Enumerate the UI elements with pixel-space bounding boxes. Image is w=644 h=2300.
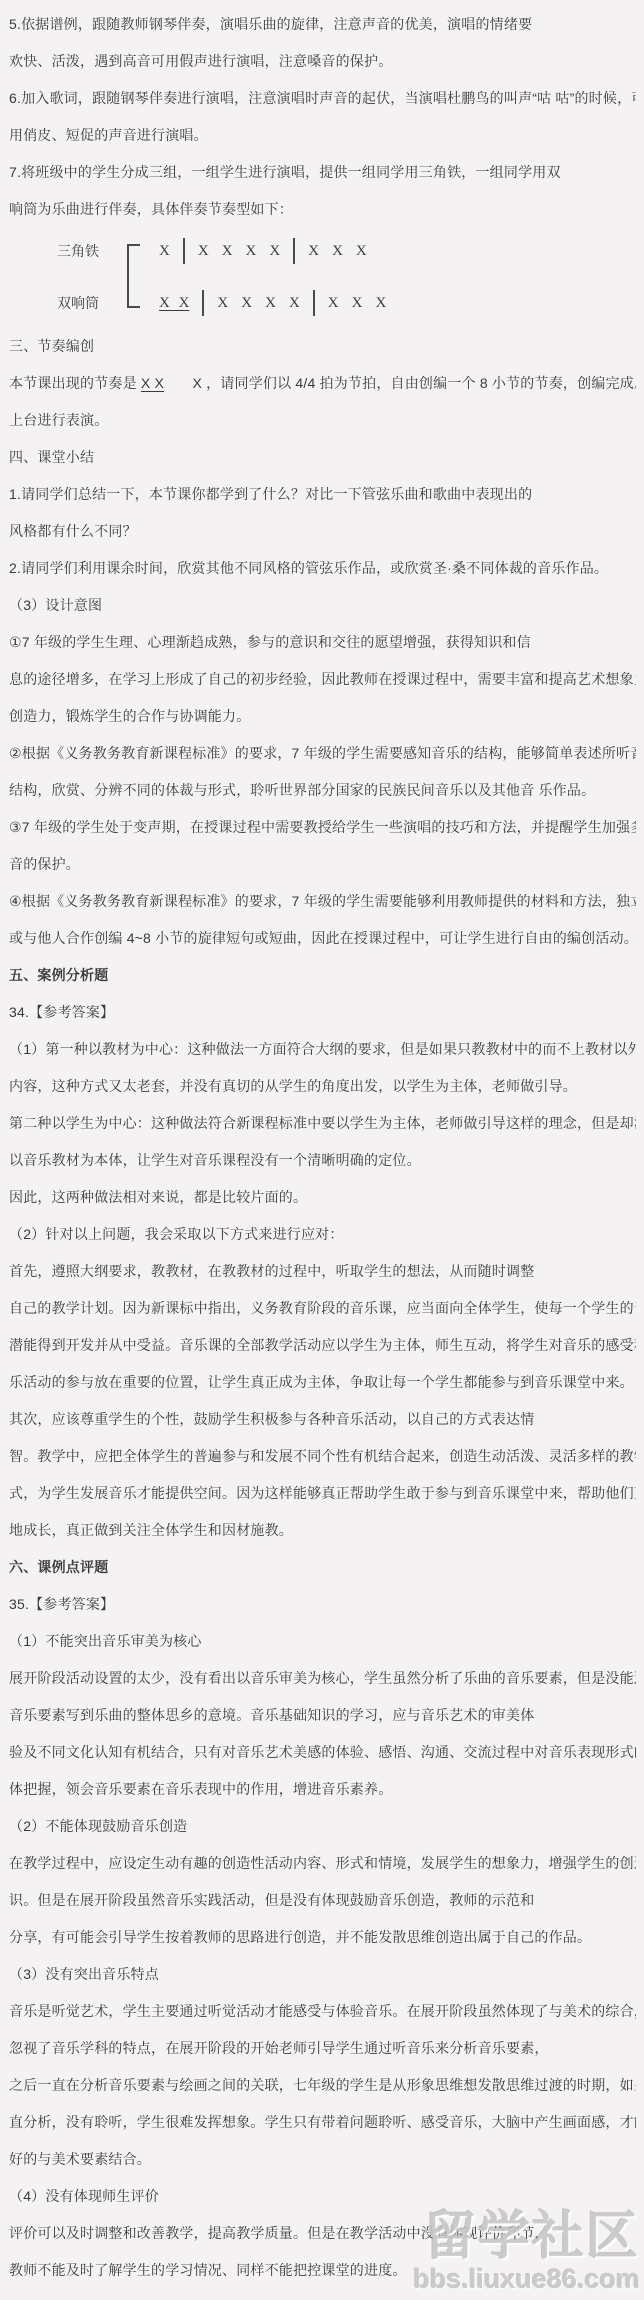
text-segment: 5.依据谱例，跟随教师钢琴伴奏，演唱乐曲的旋律，注意声音的优美，演唱的情绪要 [9,16,532,32]
rhythm-beat: X [375,295,386,312]
document-line: （3）设计意图 [9,587,636,624]
text-segment: （1）不能突出音乐审美为核心 [9,1633,202,1649]
text-segment: 6.加入歌词，跟随钢琴伴奏进行演唱，注意演唱时声音的起伏，当演唱杜鹏鸟的叫声“咕… [9,90,636,106]
text-segment: 结构，欣赏、分辨不同的体裁与形式，聆听世界部分国家的民族民间音乐以及其他音 乐作… [9,782,595,798]
text-segment: 本节课出现的节奏是 [9,375,141,391]
document-line: 之后一直在分析音乐要素与绘画之间的关联，七年级的学生是从形象思维想发散思维过渡的… [9,2067,636,2104]
document-line: 风格都有什么不同？ [9,513,636,550]
rhythm-beat: X X [159,295,189,312]
document-line: 以音乐教材为本体，让学生对音乐课程没有一个清晰明确的定位。 [9,1142,636,1179]
document-line: 响筒为乐曲进行伴奏，具体伴奏节奏型如下： [9,191,636,228]
text-segment: 好的与美术要素结合。 [9,2151,151,2167]
text-segment: 34.【参考答案】 [9,1004,114,1020]
text-segment: 欢快、活泼，遇到高音可用假声进行演唱，注意嗓音的保护。 [9,53,392,69]
text-segment: 五、案例分析题 [9,967,108,983]
text-segment: 以音乐教材为本体，让学生对音乐课程没有一个清晰明确的定位。 [9,1152,421,1168]
text-segment: 验及不同文化认知有机结合，只有对音乐艺术美感的体验、感悟、沟通、交流过程中对音乐… [9,1744,636,1760]
document-line: 智。教学中，应把全体学生的普遍参与和发展不同个性有机结合起来，创造生动活泼、灵活… [9,1438,636,1475]
text-segment: ②根据《义务教务教育新课程标准》的要求，7 年级的学生需要感知音乐的结构，能够简… [9,745,636,761]
text-segment: 识。但是在展开阶段虽然音乐实践活动，但是没有体现鼓励音乐创造，教师的示范和 [9,1892,534,1908]
document-line: 用俏皮、短促的声音进行演唱。 [9,117,636,154]
document-line: 在教学过程中，应设定生动有趣的创造性活动内容、形式和情境，发展学生的想象力，增强… [9,1845,636,1882]
rhythm-notation: 三角铁XXXXXXXX双响筒X XXXXXXXX [57,230,636,326]
text-segment: 1.请同学们总结一下，本节课你都学到了什么？对比一下管弦乐曲和歌曲中表现出的 [9,486,532,502]
text-segment: X X [141,375,164,391]
document-line: 音乐要素写到乐曲的整体思乡的意境。音乐基础知识的学习，应与音乐艺术的审美体 [9,1697,636,1734]
document-line: ②根据《义务教务教育新课程标准》的要求，7 年级的学生需要感知音乐的结构，能够简… [9,735,636,772]
document-line: 上台进行表演。 [9,402,636,439]
document-line: 息的途径增多，在学习上形成了自己的初步经验，因此教师在授课过程中，需要丰富和提高… [9,661,636,698]
document-line: 四、课堂小结 [9,439,636,476]
rhythm-beat: X [241,295,252,312]
document-line: （4）没有体现师生评价 [9,2178,636,2215]
text-segment: 用俏皮、短促的声音进行演唱。 [9,127,208,143]
document-line: 其次，应该尊重学生的个性，鼓励学生积极参与各种音乐活动，以自己的方式表达情 [9,1401,636,1438]
text-segment: 创造力，锻炼学生的合作与协调能力。 [9,708,250,724]
document-line: 创造力，锻炼学生的合作与协调能力。 [9,698,636,735]
text-segment: （2）针对以上问题，我会采取以下方式来进行应对： [9,1226,344,1242]
document-line: 评价可以及时调整和改善教学，提高教学质量。但是在教学活动中没有体现评价环节， [9,2215,636,2252]
rhythm-beat: X [328,295,339,312]
barline [313,290,315,316]
document-line: 音的保护。 [9,846,636,883]
document-line: 体把握，领会音乐要素在音乐表现中的作用，增进音乐素养。 [9,1771,636,1808]
text-segment: 音乐要素写到乐曲的整体思乡的意境。音乐基础知识的学习，应与音乐艺术的审美体 [9,1707,534,1723]
text-segment: 六、课例点评题 [9,1559,108,1575]
rhythm-beat: X [222,243,233,260]
document-page: 5.依据谱例，跟随教师钢琴伴奏，演唱乐曲的旋律，注意声音的优美，演唱的情绪要欢快… [0,0,644,2300]
text-segment: 第二种以学生为中心：这种做法符合新课程标准中要以学生为主体，老师做引导这样的理念… [9,1115,636,1131]
text-segment: 因此，这两种做法相对来说，都是比较片面的。 [9,1189,307,1205]
rhythm-beat: X [289,295,300,312]
text-segment: 或与他人合作创编 4~8 小节的旋律短句或短曲，因此在授课过程中，可让学生进行自… [9,930,636,946]
text-segment: 体把握，领会音乐要素在音乐表现中的作用，增进音乐素养。 [9,1781,392,1797]
text-segment: 忽视了音乐学科的特点，在展开阶段的开始老师引导学生通过听音乐来分析音乐要素， [9,2040,549,2056]
text-segment: （4）没有体现师生评价 [9,2188,159,2204]
document-line: 5.依据谱例，跟随教师钢琴伴奏，演唱乐曲的旋律，注意声音的优美，演唱的情绪要 [9,6,636,43]
document-line: 忽视了音乐学科的特点，在展开阶段的开始老师引导学生通过听音乐来分析音乐要素， [9,2030,636,2067]
notation-cells: X XXXXXXXX [159,290,399,316]
text-segment: ③7 年级的学生处于变声期，在授课过程中需要教授给学生一些演唱的技巧和方法，并提… [9,819,636,835]
text-segment: 教师不能及时了解学生的学习情况、同样不能把控课堂的进度。 [9,2262,407,2278]
rhythm-beat: X [217,295,228,312]
text-segment: 评价可以及时调整和改善教学，提高教学质量。但是在教学活动中没有体现评价环节， [9,2225,549,2241]
document-line: 内容，这种方式又太老套，并没有真切的从学生的角度出发，以学生为主体，老师做引导。 [9,1068,636,1105]
rhythm-beat: X [332,243,343,260]
text-segment: 潜能得到开发并从中受益。音乐课的全部教学活动应以学生为主体，师生互动，将学生对音… [9,1337,636,1353]
document-line: （3）没有突出音乐特点 [9,1956,636,1993]
document-line: 音乐是听觉艺术，学生主要通过听觉活动才能感受与体验音乐。在展开阶段虽然体现了与美… [9,1993,636,2030]
text-segment: 响筒为乐曲进行伴奏，具体伴奏节奏型如下： [9,201,293,217]
document-line: 识。但是在展开阶段虽然音乐实践活动，但是没有体现鼓励音乐创造，教师的示范和 [9,1882,636,1919]
document-line: 7.将班级中的学生分成三组，一组学生进行演唱，提供一组同学用三角铁，一组同学用双 [9,154,636,191]
text-segment: 上台进行表演。 [9,412,108,428]
text-segment: 内容，这种方式又太老套，并没有真切的从学生的角度出发，以学生为主体，老师做引导。 [9,1078,577,1094]
document-line: 分享，有可能会引导学生按着教师的思路进行创造，并不能发散思维创造出属于自己的作品… [9,1919,636,1956]
text-segment: 之后一直在分析音乐要素与绘画之间的关联，七年级的学生是从形象思维想发散思维过渡的… [9,2077,636,2093]
text-segment: 在教学过程中，应设定生动有趣的创造性活动内容、形式和情境，发展学生的想象力，增强… [9,1855,636,1871]
document-line: 式，为学生发展音乐才能提供空间。因为这样能够真正帮助学生敢于参与到音乐课堂中来，… [9,1475,636,1512]
text-segment: （1）第一种以教材为中心：这种做法一方面符合大纲的要求，但是如果只教教材中的而不… [9,1041,636,1057]
text-segment: 息的途径增多，在学习上形成了自己的初步经验，因此教师在授课过程中，需要丰富和提高… [9,671,636,687]
text-segment: 风格都有什么不同？ [9,523,137,539]
document-line: （2）针对以上问题，我会采取以下方式来进行应对： [9,1216,636,1253]
text-segment: 式，为学生发展音乐才能提供空间。因为这样能够真正帮助学生敢于参与到音乐课堂中来，… [9,1485,636,1501]
notation-cells: XXXXXXXX [159,238,380,264]
document-line: 教师不能及时了解学生的学习情况、同样不能把控课堂的进度。 [9,2252,636,2289]
notation-instrument-label: 三角铁 [57,241,115,261]
document-line: 首先，遵照大纲要求，教教材，在教教材的过程中，听取学生的想法，从而随时调整 [9,1253,636,1290]
barline [202,290,204,316]
text-segment: 三、节奏编创 [9,338,94,354]
document-line: 35.【参考答案】 [9,1586,636,1623]
document-line: 34.【参考答案】 [9,994,636,1031]
document-line: ①7 年级的学生生理、心理渐趋成熟，参与的意识和交往的愿望增强，获得知识和信 [9,624,636,661]
document-line: （2）不能体现鼓励音乐创造 [9,1808,636,1845]
document-line: 或与他人合作创编 4~8 小节的旋律短句或短曲，因此在授课过程中，可让学生进行自… [9,920,636,957]
text-segment: 35.【参考答案】 [9,1596,114,1612]
document-line: 1.请同学们总结一下，本节课你都学到了什么？对比一下管弦乐曲和歌曲中表现出的 [9,476,636,513]
text-segment: （3）没有突出音乐特点 [9,1966,159,1982]
text-segment: 智。教学中，应把全体学生的普遍参与和发展不同个性有机结合起来，创造生动活泼、灵活… [9,1448,636,1464]
document-line: 因此，这两种做法相对来说，都是比较片面的。 [9,1179,636,1216]
text-segment: 直分析，没有聆听，学生很难发挥想象。学生只有带着问题聆听、感受音乐，大脑中产生画… [9,2114,636,2130]
text-segment: 自己的教学计划。因为新课标中指出，义务教育阶段的音乐课，应当面向全体学生，使每一… [9,1300,636,1316]
barline [293,238,295,264]
notation-instrument-label: 双响筒 [57,293,115,313]
text-segment: （3）设计意图 [9,597,102,613]
notation-row: 三角铁XXXXXXXX [57,236,380,266]
document-line: 结构，欣赏、分辨不同的体裁与形式，聆听世界部分国家的民族民间音乐以及其他音 乐作… [9,772,636,809]
document-line: 五、案例分析题 [9,957,636,994]
text-segment: 音的保护。 [9,856,80,872]
document-line: ③7 年级的学生处于变声期，在授课过程中需要教授给学生一些演唱的技巧和方法，并提… [9,809,636,846]
document-line: 地成长，真正做到关注全体学生和因材施教。 [9,1512,636,1549]
text-segment: 乐活动的参与放在重要的位置，让学生真正成为主体，争取让每一个学生都能参与到音乐课… [9,1374,634,1390]
text-segment: 2.请同学们利用课余时间，欣赏其他不同风格的管弦乐作品，或欣赏圣·桑不同体裁的音… [9,560,608,576]
text-segment: （2）不能体现鼓励音乐创造 [9,1818,187,1834]
text-segment: 音乐是听觉艺术，学生主要通过听觉活动才能感受与体验音乐。在展开阶段虽然体现了与美… [9,2003,636,2019]
text-segment: ①7 年级的学生生理、心理渐趋成熟，参与的意识和交往的愿望增强，获得知识和信 [9,634,531,650]
document-line: 本节课出现的节奏是 X X X ，请同学们以 4/4 拍为节拍，自由创编一个 8… [9,365,636,402]
text-segment: ④根据《义务教务教育新课程标准》的要求，7 年级的学生需要能够利用教师提供的材料… [9,893,636,909]
text-segment: 四、课堂小结 [9,449,94,465]
document-line: 验及不同文化认知有机结合，只有对音乐艺术美感的体验、感悟、沟通、交流过程中对音乐… [9,1734,636,1771]
rhythm-beat: X [308,243,319,260]
document-line: 三、节奏编创 [9,328,636,365]
rhythm-beat: X [159,243,170,260]
text-segment: X ，请同学们以 4/4 拍为节拍，自由创编一个 8 小节的节奏，创编完成后可 [164,375,636,391]
document-body: 5.依据谱例，跟随教师钢琴伴奏，演唱乐曲的旋律，注意声音的优美，演唱的情绪要欢快… [9,6,636,2289]
notation-row: 双响筒X XXXXXXXX [57,288,399,318]
rhythm-beat: X [198,243,209,260]
document-line: （1）不能突出音乐审美为核心 [9,1623,636,1660]
text-segment: 分享，有可能会引导学生按着教师的思路进行创造，并不能发散思维创造出属于自己的作品… [9,1929,591,1945]
barline [183,238,185,264]
document-line: 六、课例点评题 [9,1549,636,1586]
document-line: 自己的教学计划。因为新课标中指出，义务教育阶段的音乐课，应当面向全体学生，使每一… [9,1290,636,1327]
document-line: （1）第一种以教材为中心：这种做法一方面符合大纲的要求，但是如果只教教材中的而不… [9,1031,636,1068]
text-segment: 地成长，真正做到关注全体学生和因材施教。 [9,1522,293,1538]
rhythm-beat: X [356,243,367,260]
rhythm-beat: X [352,295,363,312]
text-segment: 首先，遵照大纲要求，教教材，在教教材的过程中，听取学生的想法，从而随时调整 [9,1263,534,1279]
document-line: 2.请同学们利用课余时间，欣赏其他不同风格的管弦乐作品，或欣赏圣·桑不同体裁的音… [9,550,636,587]
rhythm-beat: X [265,295,276,312]
text-segment: 其次，应该尊重学生的个性，鼓励学生积极参与各种音乐活动，以自己的方式表达情 [9,1411,534,1427]
rhythm-beat: X [246,243,257,260]
text-segment: 展开阶段活动设置的太少，没有看出以音乐审美为核心，学生虽然分析了乐曲的音乐要素，… [9,1670,636,1686]
document-line: 好的与美术要素结合。 [9,2141,636,2178]
document-line: ④根据《义务教务教育新课程标准》的要求，7 年级的学生需要能够利用教师提供的材料… [9,883,636,920]
document-line: 乐活动的参与放在重要的位置，让学生真正成为主体，争取让每一个学生都能参与到音乐课… [9,1364,636,1401]
rhythm-beat: X [269,243,280,260]
document-line: 潜能得到开发并从中受益。音乐课的全部教学活动应以学生为主体，师生互动，将学生对音… [9,1327,636,1364]
text-segment: 7.将班级中的学生分成三组，一组学生进行演唱，提供一组同学用三角铁，一组同学用双 [9,164,561,180]
document-line: 直分析，没有聆听，学生很难发挥想象。学生只有带着问题聆听、感受音乐，大脑中产生画… [9,2104,636,2141]
document-line: 6.加入歌词，跟随钢琴伴奏进行演唱，注意演唱时声音的起伏，当演唱杜鹏鸟的叫声“咕… [9,80,636,117]
document-line: 展开阶段活动设置的太少，没有看出以音乐审美为核心，学生虽然分析了乐曲的音乐要素，… [9,1660,636,1697]
document-line: 欢快、活泼，遇到高音可用假声进行演唱，注意嗓音的保护。 [9,43,636,80]
document-line: 第二种以学生为中心：这种做法符合新课程标准中要以学生为主体，老师做引导这样的理念… [9,1105,636,1142]
